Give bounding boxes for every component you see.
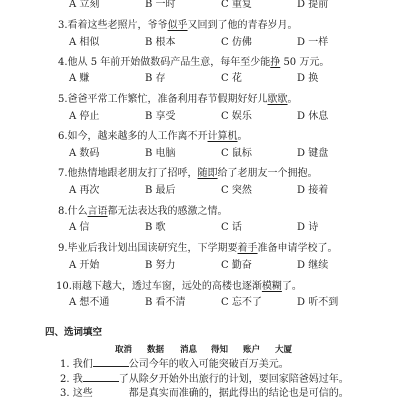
option-d: D 继续 (297, 260, 328, 272)
question-text: 3.看着这些老照片，爷爷 (58, 20, 168, 31)
option-c: C 话 (221, 222, 242, 234)
option-a: A 开始 (69, 260, 99, 272)
option-b: B 看不清 (145, 297, 186, 309)
option-a: A 赚 (69, 73, 89, 85)
question-3: 3.看着这些老照片，爷爷似乎又回到了他的青春岁月。 (58, 20, 298, 32)
target-word: 挣 (270, 57, 280, 68)
question-6: 6.如今，越来越多的人工作离不开计算机。 (58, 131, 248, 143)
option-b: B 存 (145, 73, 166, 85)
question-text: 5.爸爸平常工作繁忙，准备利用春节假期好好儿 (58, 94, 268, 105)
option-b: B 最后 (145, 185, 176, 197)
fill-text: 2. 我 (60, 374, 83, 385)
question-text-end: 都无法表达我的感激之情。 (108, 206, 228, 217)
question-text-end: 了。 (282, 281, 302, 292)
section-title: 四、选词填空 (45, 324, 102, 338)
question-4: 4.他从 5 年前开始做数码产品生意，每年至少能挣 50 万元。 (58, 57, 329, 69)
question-10: 10.雨越下越大，透过车窗，远处的高楼也逐渐模糊了。 (56, 281, 302, 293)
option-c: C 花 (221, 73, 242, 85)
fill-text-end: 了从除夕开始外出旅行的计划，要回家陪爸妈过年。 (119, 374, 349, 385)
option-c: C 娱乐 (221, 111, 252, 123)
option-c: C 仿佛 (221, 37, 252, 49)
option-a: A 信 (69, 222, 89, 234)
option-c: C 鼠标 (221, 148, 252, 160)
word-bank-item: 大厦 (275, 343, 292, 355)
question-text: 9.毕业后我计划出国读研究生，下学期要 (58, 243, 238, 254)
exercise-page: A 立刻 B 一时 C 重复 D 提前 3.看着这些老照片，爷爷似乎又回到了他的… (0, 0, 400, 400)
fill-text-end: 公司今年的收入可能突破百万美元。 (129, 359, 289, 370)
word-bank-item: 数据 (147, 343, 164, 355)
fill-text: 1. 我们 (60, 359, 93, 370)
question-text-end: 给了老朋友一个拥抱。 (218, 168, 318, 179)
question-8: 8.什么言语都无法表达我的感激之情。 (58, 206, 228, 218)
question-text-end: 。 (288, 94, 298, 105)
target-word: 模糊 (262, 281, 282, 292)
fill-item-2: 2. 我了从除夕开始外出旅行的计划，要回家陪爸妈过年。 (60, 372, 349, 386)
option-a: A 停止 (69, 111, 99, 123)
question-5: 5.爸爸平常工作繁忙，准备利用春节假期好好儿歇歇。 (58, 94, 298, 106)
question-text-end: 。 (238, 131, 248, 142)
option-c: C 勤奋 (221, 260, 252, 272)
option-b: B 电脑 (145, 148, 176, 160)
option-b: B 一时 (145, 0, 176, 11)
option-a: A 数码 (69, 148, 99, 160)
option-d: D 提前 (297, 0, 328, 11)
option-b: B 根本 (145, 37, 176, 49)
target-word: 言语 (88, 206, 108, 217)
option-b: B 歌 (145, 222, 166, 234)
option-c: C 忘不了 (221, 297, 262, 309)
option-d: D 休息 (297, 111, 328, 123)
question-text: 6.如今，越来越多的人工作离不开 (58, 131, 208, 142)
target-word: 歇歇 (268, 94, 288, 105)
option-d: D 一样 (297, 37, 328, 49)
target-word: 似乎 (168, 20, 188, 31)
option-a: A 立刻 (69, 0, 99, 11)
option-b: B 享受 (145, 111, 176, 123)
question-text-end: 准备申请学校了。 (258, 243, 338, 254)
target-word: 着手 (238, 243, 258, 254)
target-word: 随即 (198, 168, 218, 179)
question-7: 7.他热情地跟老朋友打了招呼，随即给了老朋友一个拥抱。 (58, 168, 318, 180)
answer-blank[interactable] (83, 372, 119, 382)
fill-text: 3. 这些 (60, 388, 93, 399)
option-d: D 换 (297, 73, 318, 85)
option-d: D 听不到 (297, 297, 338, 309)
option-a: A 再次 (69, 185, 99, 197)
question-text-end: 又回到了他的青春岁月。 (188, 20, 298, 31)
fill-item-1: 1. 我们公司今年的收入可能突破百万美元。 (60, 357, 289, 371)
target-word: 计算机 (208, 131, 238, 142)
question-text: 8.什么 (58, 206, 88, 217)
option-d: D 键盘 (297, 148, 328, 160)
word-bank-item: 消息 (180, 343, 197, 355)
word-bank-item: 取消 (115, 343, 132, 355)
answer-blank[interactable] (93, 357, 129, 367)
question-text-end: 50 万元。 (280, 57, 329, 68)
option-a: A 相似 (69, 37, 99, 49)
question-9: 9.毕业后我计划出国读研究生，下学期要着手准备申请学校了。 (58, 243, 338, 255)
fill-text-end: 都是真实而准确的，据此得出的结论也是可信的。 (129, 388, 349, 399)
fill-item-3: 3. 这些都是真实而准确的，据此得出的结论也是可信的。 (60, 387, 349, 400)
option-c: C 突然 (221, 185, 252, 197)
word-bank-item: 得知 (211, 343, 228, 355)
question-text: 10.雨越下越大，透过车窗，远处的高楼也逐渐 (56, 281, 262, 292)
word-bank-item: 账户 (243, 343, 260, 355)
option-b: B 努力 (145, 260, 176, 272)
question-text: 7.他热情地跟老朋友打了招呼， (58, 168, 198, 179)
option-a: A 想不通 (69, 297, 109, 309)
question-text: 4.他从 5 年前开始做数码产品生意，每年至少能 (58, 57, 270, 68)
option-d: D 接着 (297, 185, 328, 197)
option-c: C 重复 (221, 0, 252, 11)
option-d: D 诗 (297, 222, 318, 234)
answer-blank[interactable] (93, 387, 129, 396)
